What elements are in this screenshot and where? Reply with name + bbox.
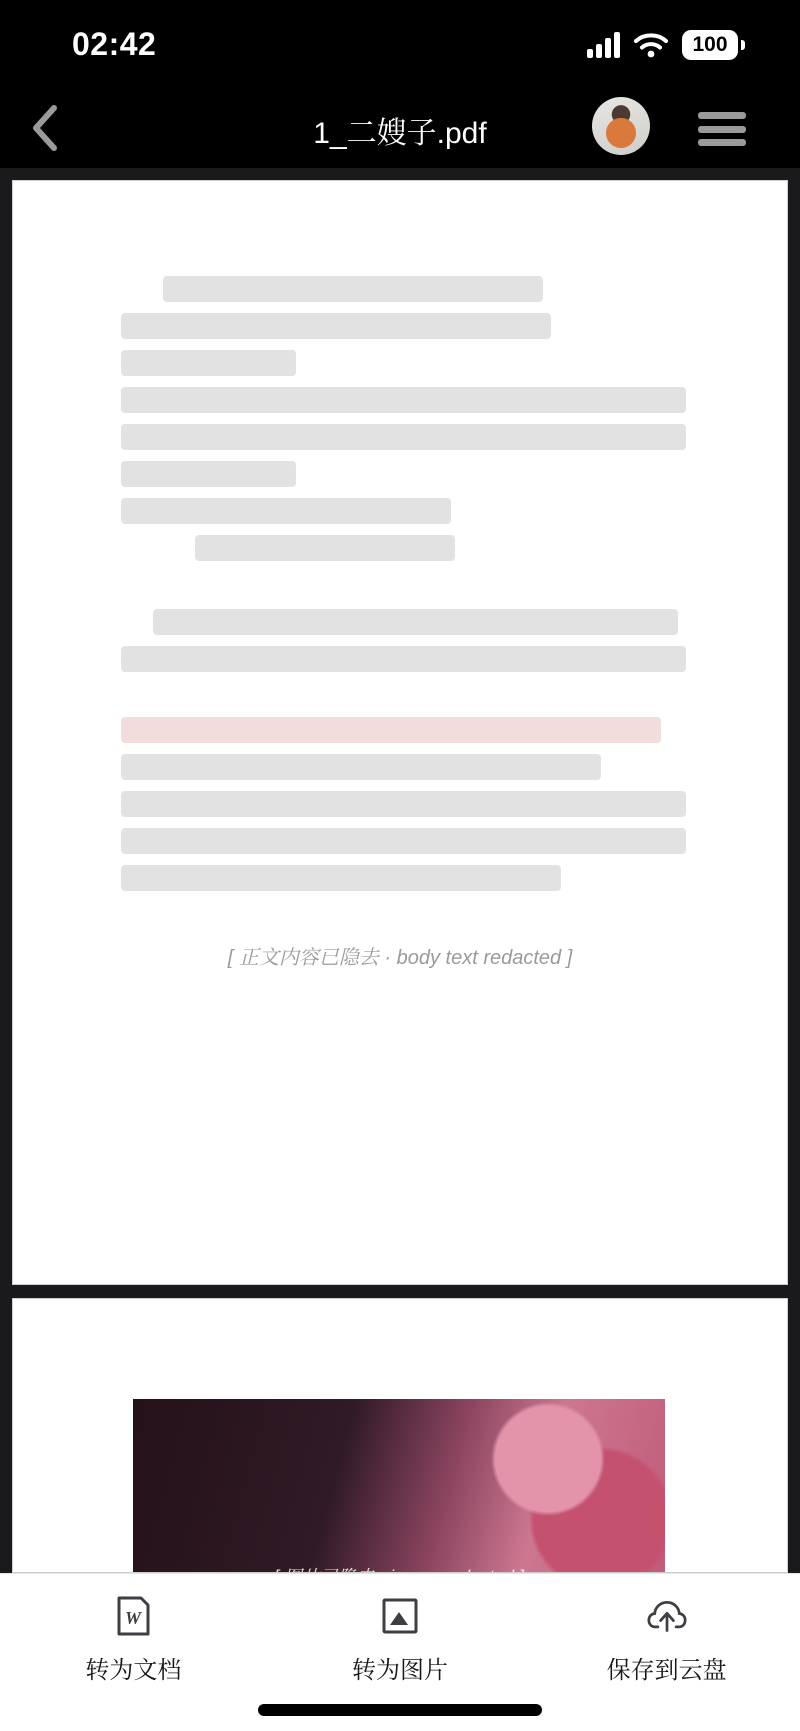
document-title: 1_二嫂子.pdf — [0, 108, 800, 152]
photo-placeholder: [ 图片已隐去 · image redacted ] — [133, 1399, 665, 1573]
cellular-signal-icon — [587, 32, 620, 58]
avatar[interactable] — [592, 97, 650, 155]
redacted-text-line — [121, 313, 551, 339]
redacted-text-line — [121, 424, 686, 450]
pdf-page-2: [ 图片已隐去 · image redacted ] — [12, 1298, 788, 1573]
redacted-text-line — [121, 828, 686, 854]
redacted-text-line — [121, 717, 661, 743]
menu-button[interactable] — [698, 112, 746, 146]
redacted-text-line — [195, 535, 455, 561]
redacted-text-line — [121, 350, 296, 376]
nav-bar: 1_二嫂子.pdf — [0, 90, 800, 168]
redacted-text-line — [121, 387, 686, 413]
pdf-viewer[interactable]: [ 正文内容已隐去 · body text redacted ] [ 图片已隐去… — [0, 168, 800, 1731]
image-icon — [380, 1596, 420, 1636]
redaction-notice: [ 正文内容已隐去 · body text redacted ] — [13, 941, 787, 970]
svg-text:W: W — [125, 1608, 143, 1628]
bottom-toolbar: W 转为文档 转为图片 — [0, 1573, 800, 1731]
redacted-text-line — [121, 498, 451, 524]
redacted-text-line — [121, 646, 686, 672]
wifi-icon — [634, 32, 668, 58]
tool-label: 转为文档 — [85, 1650, 181, 1685]
redacted-text-line — [121, 865, 561, 891]
cloud-upload-icon — [647, 1596, 687, 1636]
redacted-text-line — [121, 461, 296, 487]
convert-to-image-button[interactable]: 转为图片 — [267, 1596, 534, 1685]
battery-icon: 100 — [682, 30, 738, 60]
phone-screen: 02:42 100 1_二嫂子.pdf — [0, 0, 800, 1731]
save-to-cloud-button[interactable]: 保存到云盘 — [533, 1596, 800, 1685]
photo-redaction-notice: [ 图片已隐去 · image redacted ] — [274, 1563, 524, 1573]
redacted-text-line — [153, 609, 678, 635]
pdf-page-1: [ 正文内容已隐去 · body text redacted ] — [12, 180, 788, 1285]
redacted-text-line — [121, 754, 601, 780]
redacted-text-line — [121, 791, 686, 817]
hamburger-icon — [698, 112, 746, 119]
word-doc-icon: W — [113, 1596, 153, 1636]
status-bar: 02:42 100 — [0, 0, 800, 90]
home-indicator[interactable] — [258, 1704, 542, 1716]
tool-label: 保存到云盘 — [607, 1650, 727, 1685]
tool-label: 转为图片 — [352, 1650, 448, 1685]
clock: 02:42 — [72, 26, 156, 63]
redacted-text-line — [163, 276, 543, 302]
status-icons: 100 — [587, 30, 738, 60]
convert-to-doc-button[interactable]: W 转为文档 — [0, 1596, 267, 1685]
